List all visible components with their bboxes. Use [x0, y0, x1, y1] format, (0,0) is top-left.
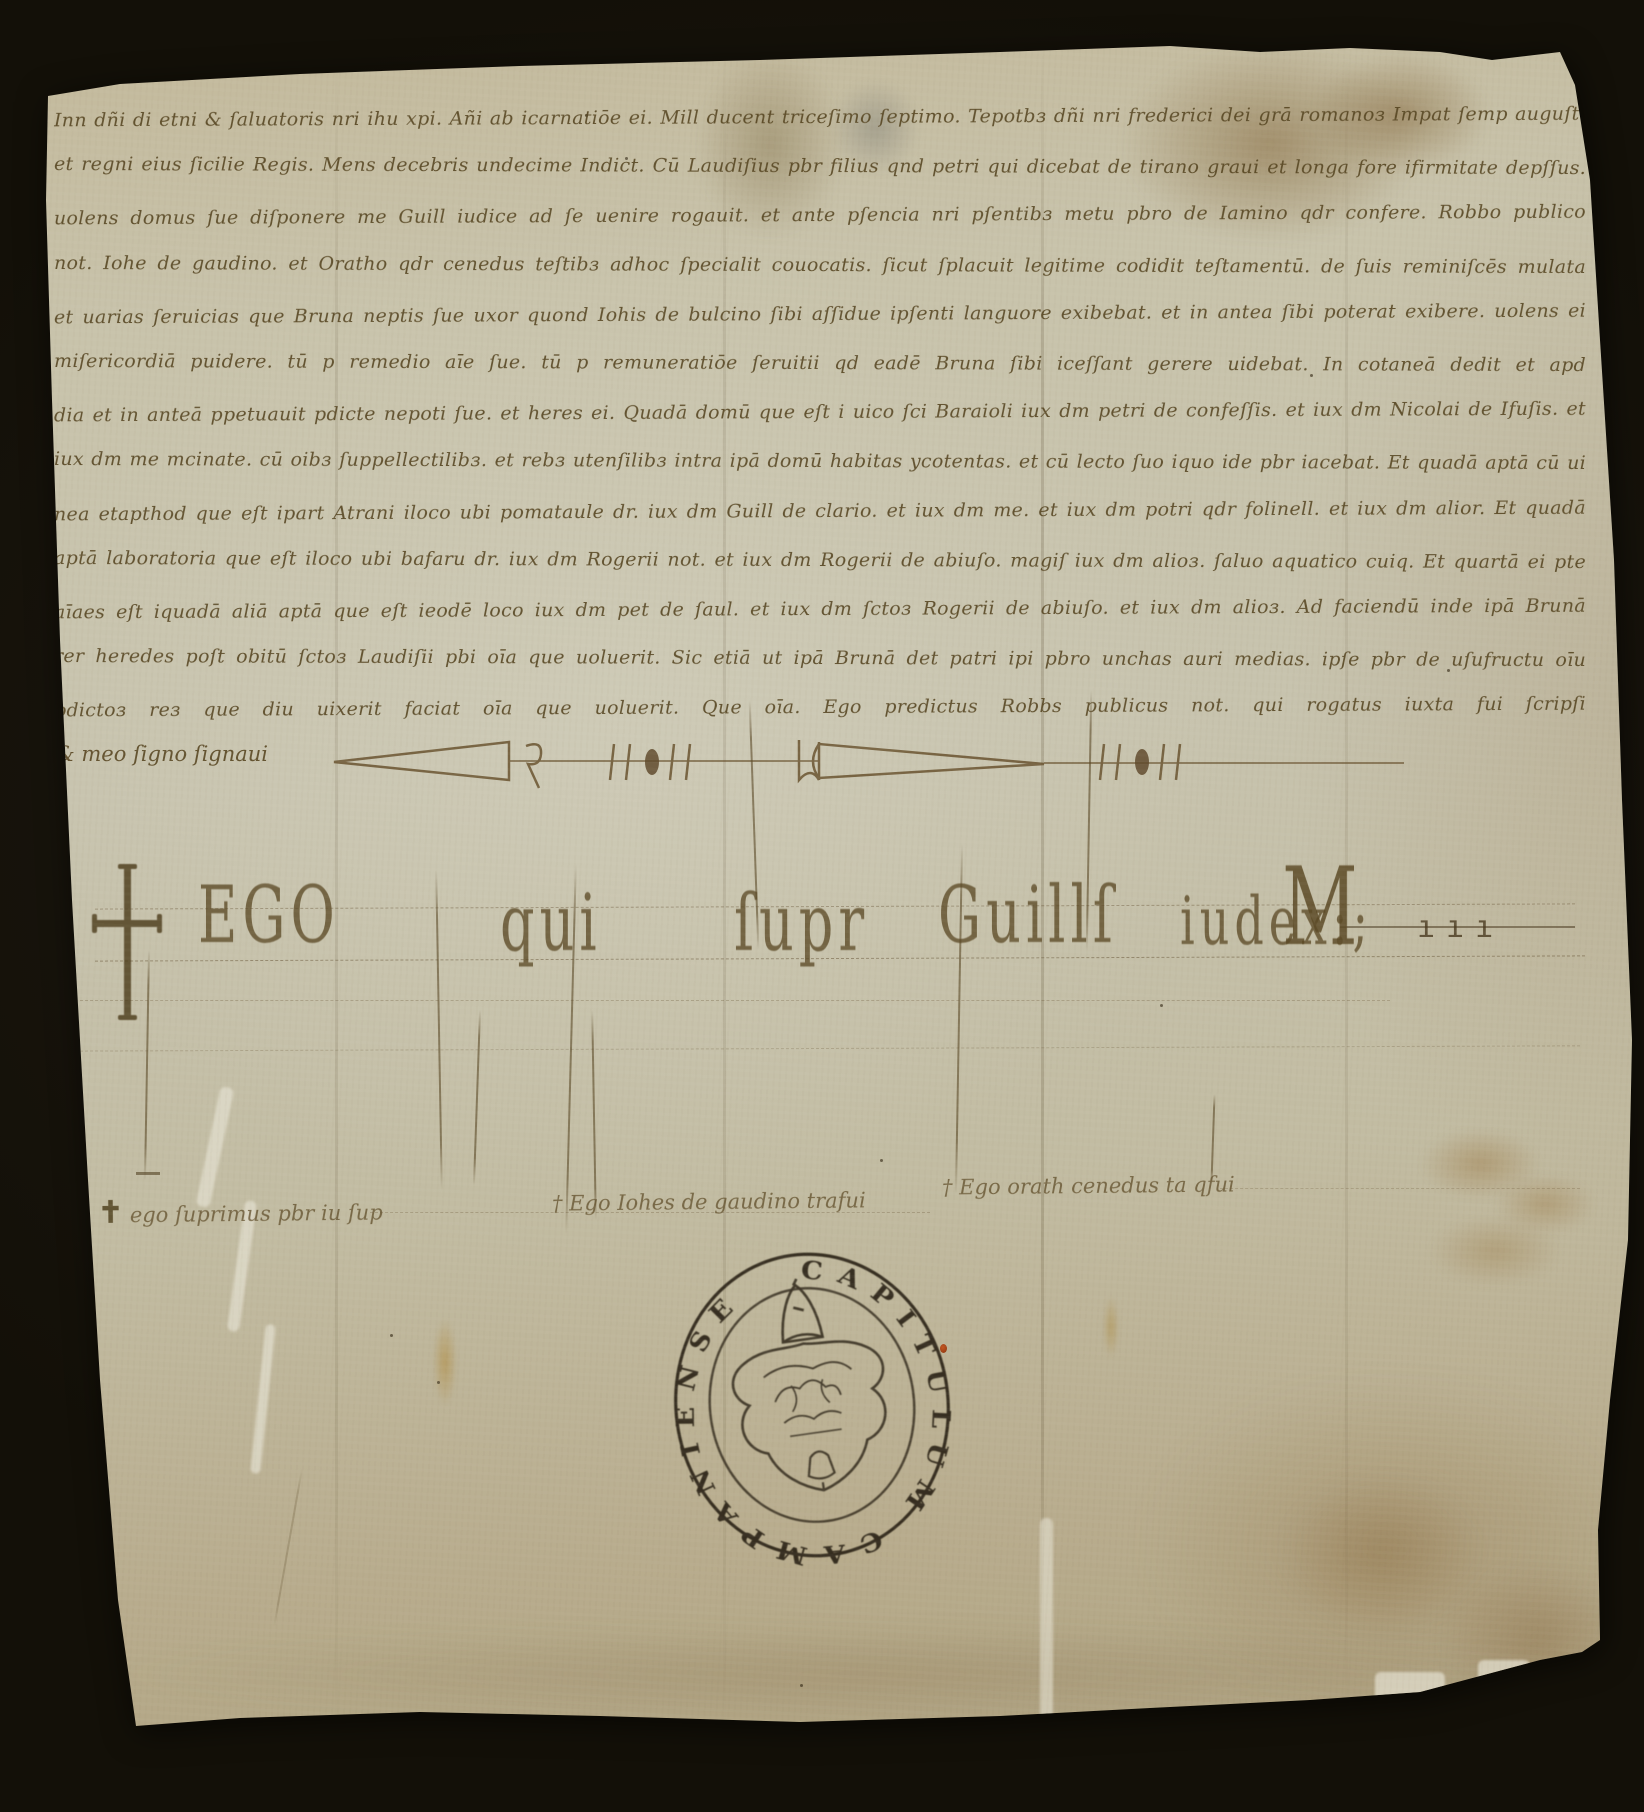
charter-text-line: not. Iohe de gaudino. et Oratho qdr cene…	[54, 250, 1586, 303]
stain-right-mid-2	[1495, 1174, 1595, 1234]
stain-bottom-right-1	[1280, 1474, 1480, 1634]
charter-text-line: Inn dñi di etni & ſaluatoris nri ihu xpi…	[54, 101, 1586, 157]
notary-signum-icon	[274, 734, 1414, 798]
pen-stroke-foot	[136, 1172, 160, 1175]
subscription-word: iudex:;	[1180, 882, 1373, 960]
subscription-word: Guillſ	[938, 870, 1118, 961]
stain-bottom-right-wash	[1140, 1374, 1640, 1714]
subscription-cross-icon	[92, 866, 172, 1066]
charter-text-line: aīaes eſt iquadā aliā aptā que eſt ieodē…	[54, 593, 1586, 649]
pen-stroke-4	[565, 864, 577, 1234]
edge-chip-2	[1478, 1660, 1530, 1686]
red-wax-dot	[940, 1344, 947, 1353]
stain-right-mid-1	[1420, 1129, 1540, 1199]
charter-text-line: dia et in anteā ppetuauit pdicte nepoti …	[54, 396, 1586, 452]
ruling-line-4	[60, 1045, 1580, 1051]
witness-subscription-1: ✝ ego ſuprimus pbr iu ſup	[98, 1193, 383, 1231]
ruling-line-3	[60, 1000, 1390, 1001]
scratch-tail	[273, 1469, 303, 1627]
scratch-mark-1	[195, 1086, 234, 1208]
pen-stroke-3	[473, 1010, 481, 1185]
charter-text-line: aptā laboratoria que eſt iloco ubi bafar…	[54, 545, 1586, 598]
subscription-word: EGO	[198, 870, 340, 961]
scratch-mark-3	[250, 1324, 276, 1474]
subscription-word: ſupr	[734, 878, 869, 969]
chapter-seal-stamp: CAPITULUM CAMPANIENSE	[640, 1221, 983, 1590]
charter-text-line: uolens domus ſue diſponere me Guill iudi…	[54, 199, 1586, 255]
notary-signature-text: & meo ſigno ſignaui	[56, 734, 268, 774]
ruling-line-1	[95, 903, 1575, 909]
svg-text:CAPITULUM CAMPANIENSE: CAPITULUM CAMPANIENSE	[650, 1237, 977, 1589]
stain-bottom-strip	[110, 1624, 1610, 1724]
subscription-tick-marks: ııı	[1417, 910, 1504, 945]
charter-text-line: rer heredes poſt obitū ſctoз Laudiſii pb…	[54, 643, 1586, 696]
charter-text-line: et regni eius ſicilie Regis. Mens decebr…	[54, 151, 1586, 204]
pen-stroke-9	[1210, 1094, 1215, 1184]
seal-shield-icon	[729, 1333, 899, 1501]
charter-text-line: miſericordiā puidere. tū p remedio aīe ſ…	[54, 348, 1586, 401]
stain-bottom-right-2	[1440, 1564, 1640, 1714]
stain-right-mid-3	[1430, 1216, 1560, 1286]
stain-yellow-streak	[433, 1318, 457, 1406]
seal-mitre-icon	[775, 1276, 823, 1342]
charter-text-line: et uarias ſeruicias que Bruna neptis ſue…	[54, 297, 1586, 353]
witness-subscription-2: † Ego Iohes de gaudino trafui	[552, 1188, 866, 1215]
charter-text-line: iux dm me mcinate. cū oibз ſuppellectili…	[54, 446, 1586, 499]
seal-legend: CAPITULUM CAMPANIENSE	[650, 1237, 977, 1589]
pen-stroke-6	[955, 844, 963, 1194]
subscription-display-line: EGOquiſuprGuillſiudex:;M	[40, 890, 1636, 1050]
charter-text-line: nea etapthod que eſt ipart Atrani iloco …	[54, 494, 1586, 550]
notary-completion-line: & meo ſigno ſignaui	[56, 734, 1612, 798]
ruling-line-2	[95, 955, 1585, 961]
pen-stroke-5	[591, 1010, 597, 1220]
witness-subscription-3: † Ego orath cenedus ta qfui	[942, 1172, 1235, 1199]
subscription-word: qui	[500, 878, 602, 969]
pen-stroke-2	[435, 870, 443, 1190]
stain-yellow-small	[1103, 1296, 1119, 1358]
photo-background: Inn dñi di etni & ſaluatoris nri ihu xpi…	[0, 0, 1644, 1812]
witness-cross-icon: ✝	[98, 1195, 124, 1230]
edge-chip-1	[1375, 1672, 1445, 1702]
parchment-charter: Inn dñi di etni & ſaluatoris nri ihu xpi…	[40, 44, 1636, 1732]
repair-streak-bottom	[1040, 1518, 1053, 1728]
subscription-word: M	[1282, 845, 1363, 970]
ruling-line-witness-right	[1220, 1188, 1580, 1189]
